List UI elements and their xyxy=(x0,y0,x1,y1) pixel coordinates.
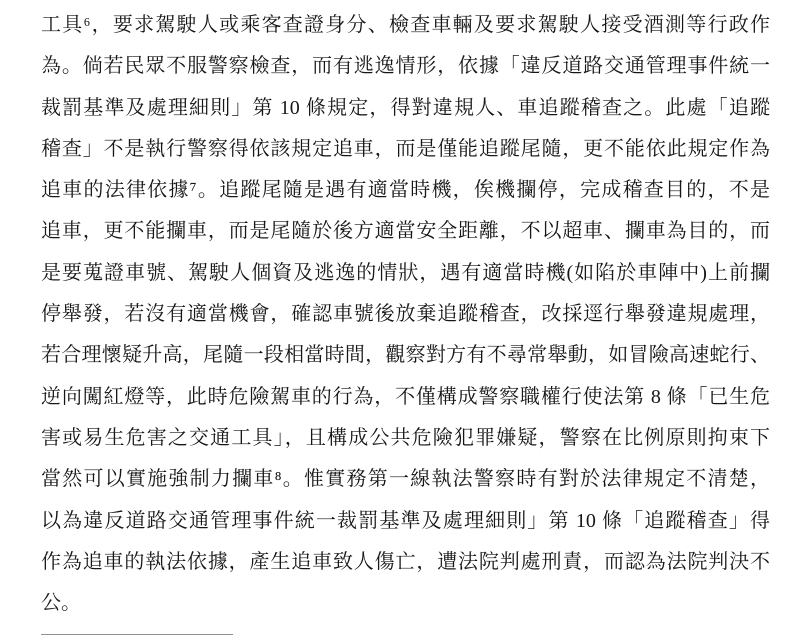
text-line: 稽查」不是執行警察得依該規定追車，而是僅能追蹤尾隨，更不能依此規定作為 xyxy=(41,129,770,170)
text-line: 追車的法律依據⁷。追蹤尾隨是遇有適當時機，俟機攔停，完成稽查目的，不是 xyxy=(41,170,770,211)
text-line: 為。倘若民眾不服警察檢查，而有逃逸情形，依據「違反道路交通管理事件統一 xyxy=(41,46,770,87)
text-line: 停舉發，若沒有適當機會，確認車號後放棄追蹤稽查，改採逕行舉發違規處理， xyxy=(41,294,770,335)
text-line: 害或易生危害之交通工具」，且構成公共危險犯罪嫌疑，警察在比例原則拘束下 xyxy=(41,418,770,459)
text-line: 公。 xyxy=(41,583,770,624)
text-line: 裁罰基準及處理細則」第 10 條規定，得對違規人、車追蹤稽查之。此處「追蹤 xyxy=(41,88,770,129)
text-line: 逆向闖紅燈等，此時危險駕車的行為，不僅構成警察職權行使法第 8 條「已生危 xyxy=(41,377,770,418)
text-line: 以為違反道路交通管理事件統一裁罰基準及處理細則」第 10 條「追蹤稽查」得 xyxy=(41,501,770,542)
text-line: 作為追車的執法依據，產生追車致人傷亡，遭法院判處刑責，而認為法院判決不 xyxy=(41,542,770,583)
text-line: 當然可以實施強制力攔車⁸。惟實務第一線執法警察時有對於法律規定不清楚， xyxy=(41,459,770,500)
text-line: 是要蒐證車號、駕駛人個資及逃逸的情狀，遇有適當時機(如陷於車陣中)上前攔 xyxy=(41,253,770,294)
text-line: 若合理懷疑升高，尾隨一段相當時間，觀察對方有不尋常舉動，如冒險高速蛇行、 xyxy=(41,335,770,376)
document-page: 工具⁶，要求駕駛人或乘客查證身分、檢查車輛及要求駕駛人接受酒測等行政作 為。倘若… xyxy=(0,0,800,636)
text-line: 追車，更不能攔車，而是尾隨於後方適當安全距離，不以超車、攔車為目的，而 xyxy=(41,211,770,252)
text-line: 工具⁶，要求駕駛人或乘客查證身分、檢查車輛及要求駕駛人接受酒測等行政作 xyxy=(41,5,770,46)
footnote-divider xyxy=(41,634,233,635)
